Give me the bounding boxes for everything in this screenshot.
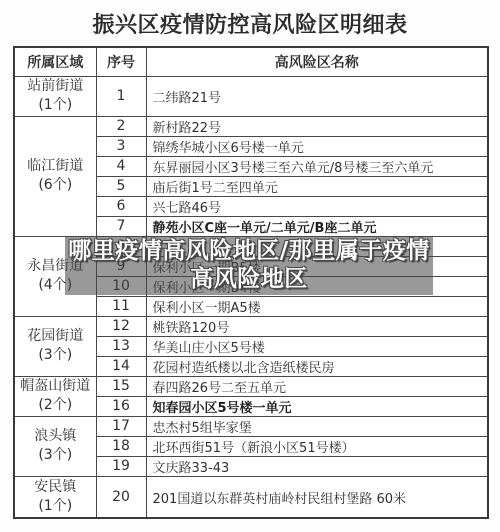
row-number: 12 bbox=[96, 316, 146, 336]
table-row: 花园街道(3个)12桃铁路120号 bbox=[14, 316, 488, 336]
risk-area-name: 保利小区一期A5楼 bbox=[146, 296, 488, 316]
table-row: 临江街道(6个)2新村路22号 bbox=[14, 116, 488, 136]
risk-area-name: 知春园小区5号楼一单元 bbox=[146, 396, 488, 416]
row-number: 4 bbox=[96, 156, 146, 176]
region-cell: 临江街道(6个) bbox=[14, 116, 96, 236]
header-row: 所属区域 序号 高风险区名称 bbox=[14, 47, 488, 76]
region-cell: 安民镇(1个) bbox=[14, 476, 96, 518]
risk-area-name: 东昇丽园小区3号楼三至六单元/8号楼三至六单元 bbox=[146, 156, 488, 176]
region-count: (1个) bbox=[15, 497, 96, 517]
region-count: (6个) bbox=[15, 176, 96, 196]
row-number: 14 bbox=[96, 356, 146, 376]
row-number: 5 bbox=[96, 176, 146, 196]
watermark-line2: 高风险地区 bbox=[65, 265, 433, 293]
watermark-overlay: 哪里疫情高风险地区/那里属于疫情 高风险地区 bbox=[65, 237, 433, 295]
row-number: 18 bbox=[96, 436, 146, 456]
col-header-number: 序号 bbox=[96, 47, 146, 76]
risk-area-name: 二纬路21号 bbox=[146, 76, 488, 116]
row-number: 19 bbox=[96, 456, 146, 476]
risk-area-name: 兴七路46号 bbox=[146, 196, 488, 216]
row-number: 17 bbox=[96, 416, 146, 436]
risk-area-name: 华美山庄小区5号楼 bbox=[146, 336, 488, 356]
row-number: 3 bbox=[96, 136, 146, 156]
row-number: 1 bbox=[96, 76, 146, 116]
region-count: (3个) bbox=[15, 446, 96, 466]
row-number: 16 bbox=[96, 396, 146, 416]
risk-area-name: 庙后街1号二至四单元 bbox=[146, 176, 488, 196]
region-name: 帽盔山街道 bbox=[15, 377, 96, 397]
col-header-name: 高风险区名称 bbox=[146, 47, 488, 76]
region-count: (3个) bbox=[15, 346, 96, 366]
risk-area-name: 静苑小区C座一单元/二单元/B座二单元 bbox=[146, 216, 488, 236]
region-cell: 花园街道(3个) bbox=[14, 316, 96, 376]
row-number: 7 bbox=[96, 216, 146, 236]
table-row: 站前街道(1个)1二纬路21号 bbox=[14, 76, 488, 116]
risk-area-name: 201国道以东群英村庙岭村民组村堡路 60米 bbox=[146, 476, 488, 518]
table-row: 浪头镇(3个)17忠杰村5组毕家堡 bbox=[14, 416, 488, 436]
region-cell: 帽盔山街道(2个) bbox=[14, 376, 96, 416]
risk-area-name: 文庆路33-43 bbox=[146, 456, 488, 476]
page: 振兴区疫情防控高风险区明细表 所属区域 序号 高风险区名称 站前街道(1个)1二… bbox=[0, 0, 500, 532]
row-number: 2 bbox=[96, 116, 146, 136]
table-row: 帽盔山街道(2个)15春四路26号二至五单元 bbox=[14, 376, 488, 396]
page-title: 振兴区疫情防控高风险区明细表 bbox=[0, 0, 500, 40]
table-row: 安民镇(1个)20201国道以东群英村庙岭村民组村堡路 60米 bbox=[14, 476, 488, 518]
row-number: 6 bbox=[96, 196, 146, 216]
col-header-region: 所属区域 bbox=[14, 47, 96, 76]
watermark-line1: 哪里疫情高风险地区/那里属于疫情 bbox=[65, 237, 433, 265]
region-name: 临江街道 bbox=[15, 157, 96, 177]
risk-area-name: 新村路22号 bbox=[146, 116, 488, 136]
table-header: 所属区域 序号 高风险区名称 bbox=[14, 47, 488, 76]
risk-table-body: 站前街道(1个)1二纬路21号临江街道(6个)2新村路22号3锦绣华城小区6号楼… bbox=[14, 76, 488, 518]
risk-area-name: 锦绣华城小区6号楼一单元 bbox=[146, 136, 488, 156]
row-number: 20 bbox=[96, 476, 146, 518]
row-number: 13 bbox=[96, 336, 146, 356]
risk-area-name: 忠杰村5组毕家堡 bbox=[146, 416, 488, 436]
region-cell: 浪头镇(3个) bbox=[14, 416, 96, 476]
region-count: (1个) bbox=[15, 96, 96, 116]
row-number: 15 bbox=[96, 376, 146, 396]
risk-area-name: 北环西街51号（新浪小区51号楼） bbox=[146, 436, 488, 456]
region-name: 浪头镇 bbox=[15, 427, 96, 447]
row-number: 11 bbox=[96, 296, 146, 316]
region-name: 安民镇 bbox=[15, 478, 96, 498]
region-name: 花园街道 bbox=[15, 327, 96, 347]
region-name: 站前街道 bbox=[15, 77, 96, 97]
region-cell: 站前街道(1个) bbox=[14, 76, 96, 116]
risk-area-name: 桃铁路120号 bbox=[146, 316, 488, 336]
risk-area-name: 春四路26号二至五单元 bbox=[146, 376, 488, 396]
region-count: (2个) bbox=[15, 396, 96, 416]
risk-area-name: 花园村造纸楼以北含造纸楼民房 bbox=[146, 356, 488, 376]
